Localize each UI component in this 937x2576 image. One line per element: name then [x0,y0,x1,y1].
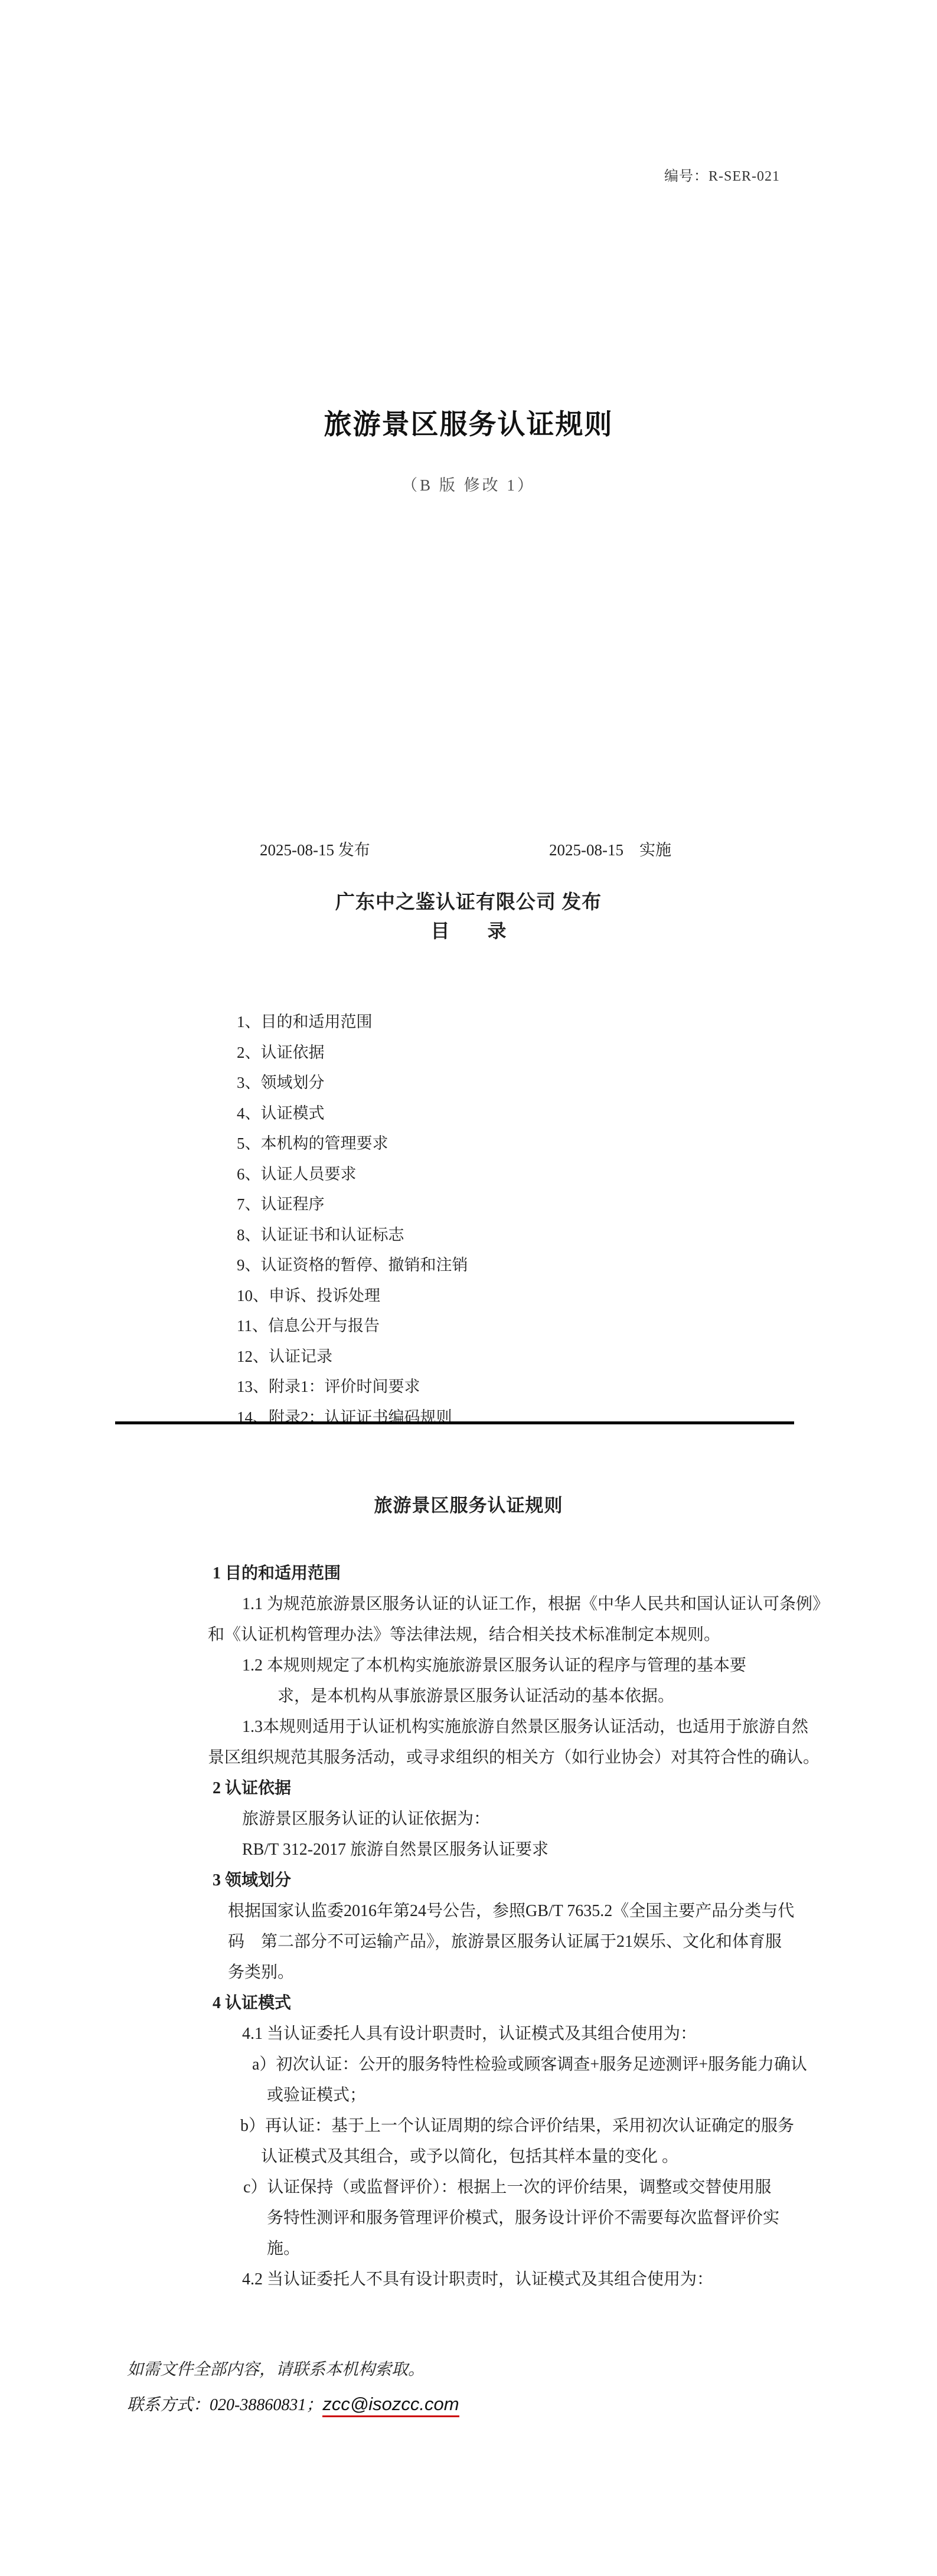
toc-item: 12、认证记录 [237,1342,468,1372]
toc-item: 9、认证资格的暂停、撤销和注销 [237,1250,468,1281]
paragraph-line: 1.3本规则适用于认证机构实施旅游自然景区服务认证活动，也适用于旅游自然 [242,1712,863,1743]
toc-item: 13、附录1：评价时间要求 [237,1372,468,1403]
paragraph-line: RB/T 312-2017 旅游自然景区服务认证要求 [242,1835,863,1865]
paragraph-line: 旅游景区服务认证的认证依据为： [242,1804,863,1835]
toc-item: 5、本机构的管理要求 [237,1129,468,1159]
paragraph-line: 务特性测评和服务管理评价模式，服务设计评价不需要每次监督评价实 [267,2203,863,2234]
paragraph-line: a）初次认证：公开的服务特性检验或顾客调查+服务足迹测评+服务能力确认 [252,2049,863,2080]
paragraph-line: 施。 [267,2234,863,2264]
page-divider [115,1421,794,1424]
toc-item: 14、附录2：认证证书编码规则 [237,1403,468,1433]
paragraph-line: 1.1 为规范旅游景区服务认证的认证工作，根据《中华人民共和国认证认可条例》 [242,1589,863,1620]
section-heading-2: 2 认证依据 [213,1773,863,1804]
toc-item: 6、认证人员要求 [237,1159,468,1190]
paragraph-line: 4.1 当认证委托人具有设计职责时，认证模式及其组合使用为： [242,2019,863,2049]
paragraph-line: c）认证保持（或监督评价）：根据上一次的评价结果，调整或交替使用服 [243,2172,863,2203]
toc-heading: 目 录 [0,916,937,943]
cover-title: 旅游景区服务认证规则 [0,403,937,442]
toc-list: 1、目的和适用范围 2、认证依据 3、领域划分 4、认证模式 5、本机构的管理要… [237,1007,468,1433]
email-link[interactable]: zcc@isozcc.com [322,2394,459,2417]
section-heading-1: 1 目的和适用范围 [213,1558,863,1589]
toc-item: 10、申诉、投诉处理 [237,1281,468,1312]
toc-item: 8、认证证书和认证标志 [237,1220,468,1251]
paragraph-line: 4.2 当认证委托人不具有设计职责时，认证模式及其组合使用为： [242,2264,863,2295]
paragraph-line: 和《认证机构管理办法》等法律法规，结合相关技术标准制定本规则。 [208,1620,863,1650]
doc-number: 编号：R-SER-021 [664,164,780,185]
publisher-line: 广东中之鉴认证有限公司 发布 [0,887,937,914]
document-page: 编号：R-SER-021 旅游景区服务认证规则 （B 版 修改 1） 2025-… [0,0,937,2576]
toc-item: 1、目的和适用范围 [237,1007,468,1038]
implement-date: 2025-08-15 实施 [549,837,671,860]
paragraph-line: 根据国家认监委2016年第24号公告，参照GB/T 7635.2《全国主要产品分… [228,1896,863,1927]
body-title: 旅游景区服务认证规则 [0,1490,937,1517]
paragraph-line: 景区组织规范其服务活动，或寻求组织的相关方（如行业协会）对其符合性的确认。 [208,1743,863,1773]
paragraph-line: 认证模式及其组合，或予以简化，包括其样本量的变化 。 [261,2142,863,2172]
toc-item: 3、领域划分 [237,1068,468,1099]
section-heading-4: 4 认证模式 [213,1988,863,2019]
contact-line: 联系方式：020-38860831；zcc@isozcc.com [127,2392,459,2415]
toc-item: 2、认证依据 [237,1038,468,1068]
paragraph-line: 或验证模式； [267,2080,863,2111]
release-date: 2025-08-15 发布 [260,837,370,860]
toc-item: 7、认证程序 [237,1189,468,1220]
paragraph-line: 1.2 本规则规定了本机构实施旅游景区服务认证的程序与管理的基本要 [242,1650,863,1681]
toc-item: 4、认证模式 [237,1099,468,1129]
paragraph-line: 务类别。 [228,1957,863,1988]
section-heading-3: 3 领域划分 [213,1865,863,1896]
paragraph-line: b）再认证：基于上一个认证周期的综合评价结果，采用初次认证确定的服务 [240,2111,863,2142]
contact-prefix: 联系方式：020-38860831； [127,2396,322,2414]
paragraph-line: 码 第二部分不可运输产品》，旅游景区服务认证属于21娱乐、文化和体育服 [228,1927,863,1957]
paragraph-line: 求，是本机构从事旅游景区服务认证活动的基本依据。 [277,1681,863,1712]
cover-edition: （B 版 修改 1） [0,472,937,495]
toc-item: 11、信息公开与报告 [237,1311,468,1342]
body-text: 1 目的和适用范围 1.1 为规范旅游景区服务认证的认证工作，根据《中华人民共和… [208,1558,863,2295]
footer-note: 如需文件全部内容，请联系本机构索取。 [127,2356,425,2380]
